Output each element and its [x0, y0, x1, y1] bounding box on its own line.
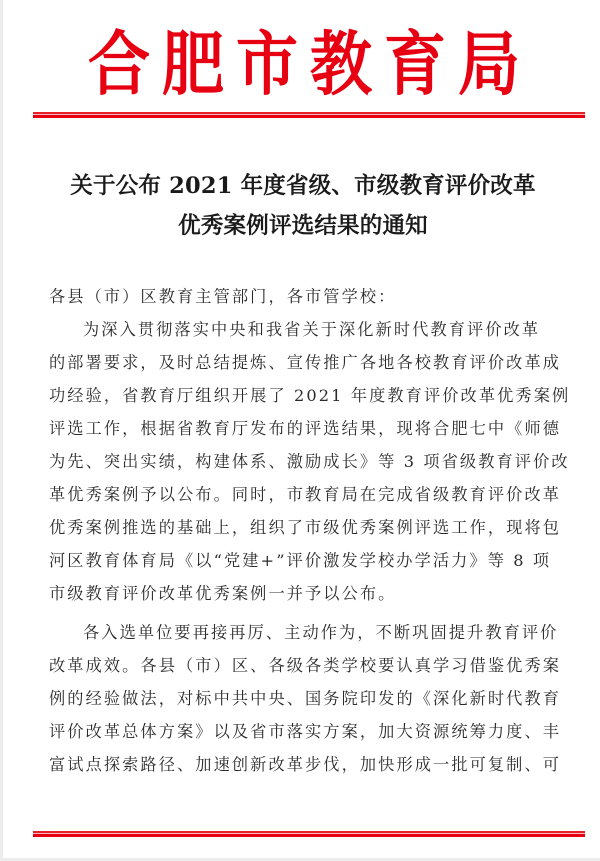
paragraph-2-line: 富试点探索路径、加速创新改革步伐，加快形成一批可复制、可 — [49, 748, 561, 781]
header-divider-rule — [33, 112, 585, 118]
masthead-char: 合 — [88, 24, 150, 105]
paragraph-2-line: 评价改革总体方案》以及省市落实方案，加大资源统筹力度、丰 — [49, 715, 561, 748]
document-page: 合 肥 市 教 育 局 关于公布 2021 年度省级、市级教育评价改革 优秀案例… — [3, 0, 600, 858]
document-title-line-2: 优秀案例评选结果的通知 — [3, 211, 600, 241]
paragraph-2-line: 各入选单位要再接再厉、主动作为，不断巩固提升教育评价 — [49, 616, 561, 649]
paragraph-2-line: 例的经验做法，对标中共中央、国务院印发的《深化新时代教育 — [49, 682, 561, 715]
masthead-char: 市 — [236, 24, 298, 105]
masthead-char: 育 — [384, 24, 446, 105]
paragraph-1-line: 革优秀案例予以公布。同时，市教育局在完成省级教育评价改革 — [49, 478, 561, 511]
paragraph-1-line: 评选工作，根据省教育厅发布的评选结果，现将合肥七中《师德 — [49, 412, 561, 445]
masthead-char: 教 — [310, 24, 372, 105]
masthead: 合 肥 市 教 育 局 — [3, 24, 600, 96]
paragraph-1-line: 的部署要求，及时总结提炼、宣传推广各地各校教育评价改革成 — [49, 346, 561, 379]
salutation: 各县（市）区教育主管部门，各市管学校： — [49, 280, 561, 313]
footer-divider-rule — [33, 831, 585, 837]
paragraph-1-line: 优秀案例推选的基础上，组织了市级优秀案例评选工作，现将包 — [49, 511, 561, 544]
paragraph-1-line: 为深入贯彻落实中央和我省关于深化新时代教育评价改革 — [49, 313, 561, 346]
paragraph-1-line: 河区教育体育局《以“党建+”评价激发学校办学活力》等 8 项 — [49, 544, 561, 577]
masthead-char: 肥 — [162, 24, 224, 105]
paragraph-1-line: 市级教育评价改革优秀案例一并予以公布。 — [49, 577, 561, 610]
document-body: 各县（市）区教育主管部门，各市管学校： 为深入贯彻落实中央和我省关于深化新时代教… — [49, 280, 561, 781]
paragraph-1-line: 功经验，省教育厅组织开展了 2021 年度教育评价改革优秀案例 — [49, 379, 561, 412]
masthead-char: 局 — [458, 24, 520, 105]
paragraph-2-line: 改革成效。各县（市）区、各级各类学校要认真学习借鉴优秀案 — [49, 649, 561, 682]
document-title-line-1: 关于公布 2021 年度省级、市级教育评价改革 — [3, 171, 600, 201]
paragraph-1-line: 为先、突出实绩，构建体系、激励成长》等 3 项省级教育评价改 — [49, 445, 561, 478]
